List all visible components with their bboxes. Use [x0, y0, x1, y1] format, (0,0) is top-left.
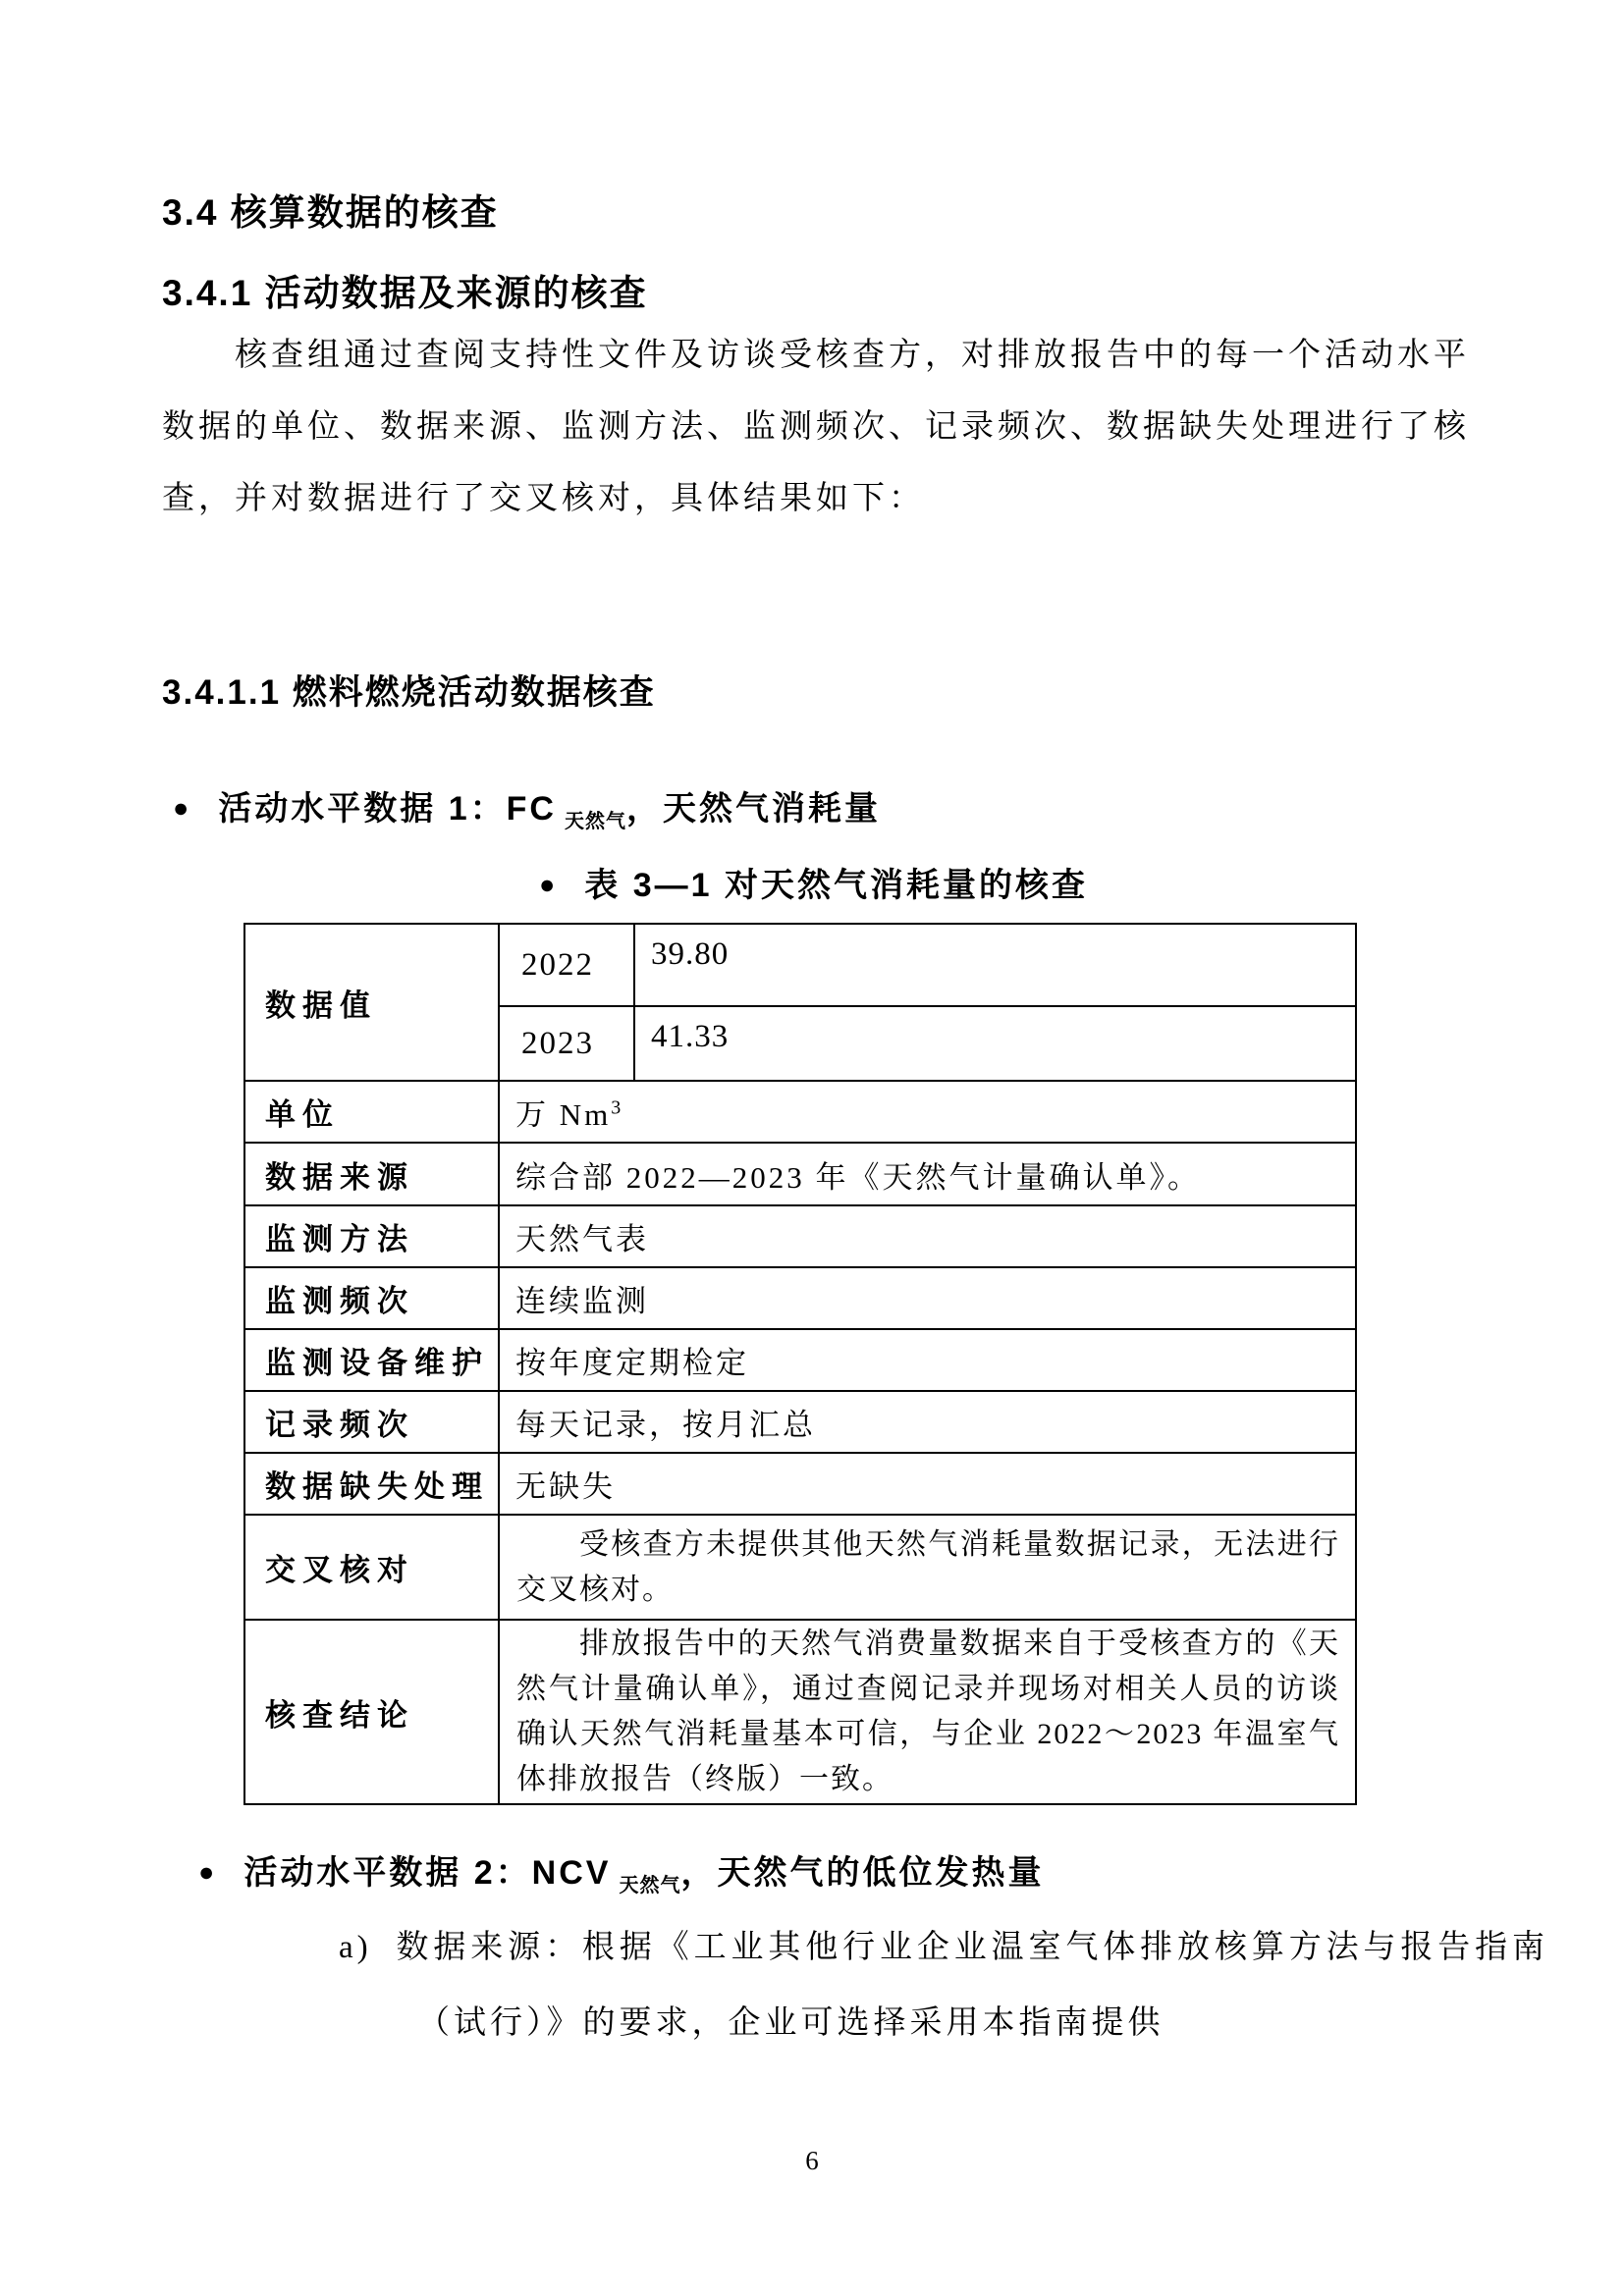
unit-value-superscript: 3 — [611, 1097, 623, 1119]
intro-paragraph: 核查组通过查阅支持性文件及访谈受核查方，对排放报告中的每一个活动水平数据的单位、… — [162, 320, 1470, 535]
conclusion-text: 排放报告中的天然气消费量数据来自于受核查方的《天然气计量确认单》，通过查阅记录并… — [501, 1622, 1354, 1802]
bullet-item-1-main: 活动水平数据 1：FC — [218, 790, 557, 828]
year-cell: 2023 — [499, 1006, 634, 1081]
bullet-item-activity-data-2: ● 活动水平数据 2：NCV天然气，天然气的低位发热量 — [198, 1845, 1044, 1897]
bullet-icon: ● — [539, 870, 555, 900]
row-label-cell: 核查结论 — [244, 1620, 499, 1804]
table-row: 交叉核对 受核查方未提供其他天然气消耗量数据记录，无法进行交叉核对。 — [244, 1515, 1356, 1620]
bullet-icon: ● — [173, 793, 189, 824]
row-label-cell: 监测方法 — [244, 1205, 499, 1267]
verification-table: 数据值 2022 39.80 2023 41.33 单位 万 Nm3 数据来源 … — [244, 923, 1357, 1805]
bullet-item-1-text: 活动水平数据 1：FC天然气，天然气消耗量 — [218, 781, 881, 833]
row-value-cell: 受核查方未提供其他天然气消耗量数据记录，无法进行交叉核对。 — [499, 1515, 1356, 1620]
row-label-cell: 交叉核对 — [244, 1515, 499, 1620]
list-item-a: a)数据来源：根据《工业其他行业企业温室气体排放核算方法与报告指南（试行）》的要… — [339, 1910, 1548, 2061]
table-row: 数据值 2022 39.80 — [244, 924, 1356, 1006]
unit-value-base: 万 Nm — [515, 1097, 611, 1132]
table-row: 数据来源 综合部 2022—2023 年《天然气计量确认单》。 — [244, 1143, 1356, 1205]
list-item-a-text: 数据来源：根据《工业其他行业企业温室气体排放核算方法与报告指南（试行）》的要求，… — [396, 1930, 1548, 2041]
row-value-cell: 连续监测 — [499, 1267, 1356, 1329]
row-label-cell: 数据来源 — [244, 1143, 499, 1205]
table-caption-text: 表 3—1 对天然气消耗量的核查 — [584, 858, 1088, 906]
table-row: 监测方法 天然气表 — [244, 1205, 1356, 1267]
unit-label-cell: 单位 — [244, 1081, 499, 1143]
row-value-cell: 无缺失 — [499, 1453, 1356, 1515]
list-item-a-marker: a) — [339, 1930, 372, 1965]
bullet-item-2-subscript: 天然气 — [619, 1875, 680, 1896]
table-caption: ● 表 3—1 对天然气消耗量的核查 — [539, 858, 1088, 906]
bullet-item-2-tail: ，天然气的低位发热量 — [680, 1854, 1044, 1892]
row-value-cell: 每天记录，按月汇总 — [499, 1391, 1356, 1453]
subsection-heading: 3.4.1 活动数据及来源的核查 — [162, 263, 648, 316]
bullet-item-activity-data-1: ● 活动水平数据 1：FC天然气，天然气消耗量 — [173, 781, 881, 833]
bullet-item-1-subscript: 天然气 — [565, 811, 626, 832]
bullet-item-1-tail: ，天然气消耗量 — [626, 790, 881, 828]
section-heading: 3.4 核算数据的核查 — [162, 183, 499, 236]
cross-check-text: 受核查方未提供其他天然气消耗量数据记录，无法进行交叉核对。 — [501, 1522, 1354, 1613]
row-label-cell: 监测设备维护 — [244, 1329, 499, 1391]
row-value-cell: 按年度定期检定 — [499, 1329, 1356, 1391]
year-cell: 2022 — [499, 924, 634, 1006]
table-row: 单位 万 Nm3 — [244, 1081, 1356, 1143]
row-label-cell: 数据缺失处理 — [244, 1453, 499, 1515]
table-row: 核查结论 排放报告中的天然气消费量数据来自于受核查方的《天然气计量确认单》，通过… — [244, 1620, 1356, 1804]
value-cell: 41.33 — [634, 1006, 1356, 1081]
bullet-item-2-text: 活动水平数据 2：NCV天然气，天然气的低位发热量 — [244, 1845, 1044, 1897]
page-number: 6 — [0, 2146, 1624, 2176]
table-row: 记录频次 每天记录，按月汇总 — [244, 1391, 1356, 1453]
row-value-cell: 排放报告中的天然气消费量数据来自于受核查方的《天然气计量确认单》，通过查阅记录并… — [499, 1620, 1356, 1804]
bullet-icon: ● — [198, 1857, 214, 1888]
document-page: 3.4 核算数据的核查 3.4.1 活动数据及来源的核查 核查组通过查阅支持性文… — [0, 0, 1624, 2296]
row-value-cell: 综合部 2022—2023 年《天然气计量确认单》。 — [499, 1143, 1356, 1205]
bullet-item-2-main: 活动水平数据 2：NCV — [244, 1854, 611, 1892]
row-label-cell: 监测频次 — [244, 1267, 499, 1329]
row-label-cell: 记录频次 — [244, 1391, 499, 1453]
row-value-cell: 天然气表 — [499, 1205, 1356, 1267]
table-row: 数据缺失处理 无缺失 — [244, 1453, 1356, 1515]
table-row: 监测频次 连续监测 — [244, 1267, 1356, 1329]
unit-value-cell: 万 Nm3 — [499, 1081, 1356, 1143]
subsubsection-heading: 3.4.1.1 燃料燃烧活动数据核查 — [162, 666, 656, 715]
value-cell: 39.80 — [634, 924, 1356, 1006]
table-row: 监测设备维护 按年度定期检定 — [244, 1329, 1356, 1391]
data-value-label-cell: 数据值 — [244, 924, 499, 1081]
